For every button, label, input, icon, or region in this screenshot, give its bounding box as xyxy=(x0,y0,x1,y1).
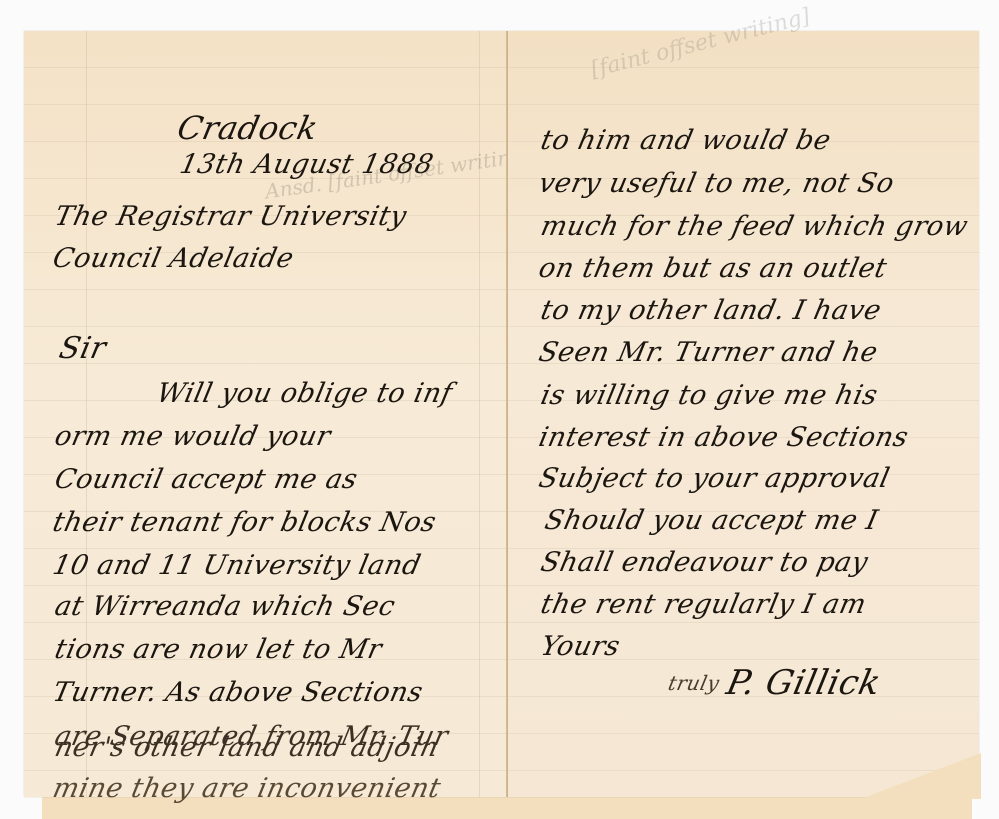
body-line: Yours xyxy=(538,631,623,662)
body-line: ner's other land and adjoin xyxy=(52,732,442,763)
letter-sheet: Cradock 13th August 1888 Ansd. [faint of… xyxy=(24,31,979,797)
body-line: Seen Mr. Turner and he xyxy=(536,337,881,368)
body-line: mine they are inconvenient xyxy=(50,773,444,804)
body-line: at Wirreanda which Sec xyxy=(52,591,398,622)
closing: truly xyxy=(666,671,722,695)
body-line: Turner. As above Sections xyxy=(50,677,426,708)
ghost-offset-text: [faint offset writing] xyxy=(588,4,812,83)
body-line: to my other land. I have xyxy=(538,295,884,326)
right-page: [faint offset writing] to him and would … xyxy=(508,31,979,797)
addressee-line: Council Adelaide xyxy=(50,243,297,274)
body-line: Should you accept me I xyxy=(542,505,881,536)
body-line: to him and would be xyxy=(538,125,834,156)
body-line: Subject to your approval xyxy=(536,463,893,494)
signature: P. Gillick xyxy=(723,663,884,703)
body-line: orm me would your xyxy=(52,421,334,452)
body-line: Council accept me as xyxy=(52,464,360,495)
body-line: on them but as an outlet xyxy=(536,253,890,284)
body-line: their tenant for blocks Nos xyxy=(50,507,439,538)
body-line: interest in above Sections xyxy=(536,422,911,453)
letter-place: Cradock xyxy=(174,109,321,147)
body-line: much for the feed which grow xyxy=(538,211,971,242)
body-line: the rent regularly I am xyxy=(538,589,869,620)
body-line: tions are now let to Mr xyxy=(52,634,385,665)
left-page: Cradock 13th August 1888 Ansd. [faint of… xyxy=(24,31,506,797)
margin-line xyxy=(479,31,480,797)
body-line: is willing to give me his xyxy=(538,380,881,411)
body-line: Will you oblige to inf xyxy=(154,378,455,409)
body-line: 10 and 11 University land xyxy=(50,550,424,581)
addressee-line: The Registrar University xyxy=(52,201,409,232)
salutation: Sir xyxy=(56,331,109,366)
body-line: Shall endeavour to pay xyxy=(538,547,871,578)
body-line: very useful to me, not So xyxy=(536,168,897,199)
torn-corner xyxy=(861,753,981,799)
